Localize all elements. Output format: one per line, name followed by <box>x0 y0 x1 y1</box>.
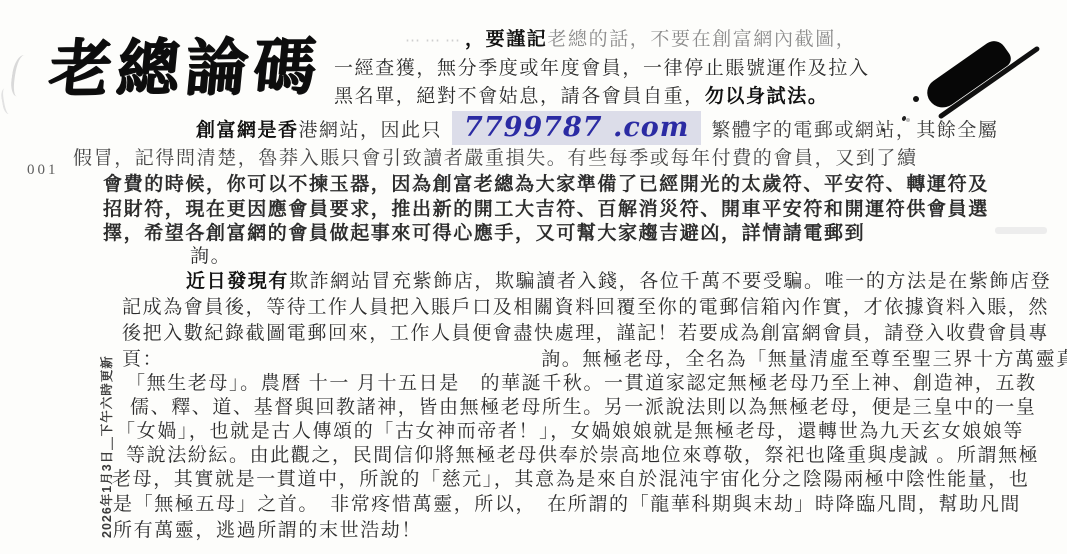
text-segment: 一經查獲，無分季度或年度會員，一律停止賬號運作及拉入 <box>334 58 870 79</box>
text-segment: 等說法紛紜。由此觀之，民間信仰將無極老母供奉於崇高地位來尊敬，祭祀也隆重與虔誠 … <box>126 445 1039 466</box>
text-segment: 後把入數紀錄截圖電郵回來，工作人員便會盡快處理，謹記！若要成為創富網會員，請登入… <box>122 323 1049 344</box>
text-line: 招財符，現在更因應會員要求，推出新的開工大吉符、百解消災符、開車平安符和開運符供… <box>103 194 989 221</box>
text-segment: 勿以身試法。 <box>705 86 829 107</box>
website-notice-lead: 創富網是香 <box>196 115 299 142</box>
text-line: 近日發現有欺詐網站冒充紫飾店，欺騙讀者入錢，各位千萬不要受騙。唯一的方法是在紫飾… <box>186 266 1051 293</box>
text-line: 假冒，記得問清楚，魯莽入賬只會引致讀者嚴重損失。有些每季或每年付費的會員，又到了… <box>73 143 918 170</box>
text-line: 是「無極五母」之首。 非常疼惜萬靈，所以， 在所謂的「龍華科期與末劫」時降臨凡間… <box>113 489 1021 516</box>
text-line: 記成為會員後，等待工作人員把入賬戶口及相關資料回覆至你的電郵信箱內作實，才依據資… <box>122 292 1049 319</box>
text-segment: 假冒，記得問清楚，魯莽入賬只會引致讀者嚴重損失。有些每季或每年付費的會員，又到了… <box>73 148 918 169</box>
text-line: 「女媧」，也就是古人傳頌的「古女神而帝者！」，女媧娘娘就是無極老母，還轉世為九天… <box>116 416 1024 443</box>
text-segment: 會費的時候，你可以不揀玉器，因為創富老總為大家準備了已經開光的太歲符、平安符、轉… <box>103 174 989 195</box>
text-segment: 儒、釋、道、基督與回教諸神，皆由無極老母所生。另一派說法則以為無極老母，便是三皇… <box>130 397 1036 418</box>
text-segment: 「女媧」，也就是古人傳頌的「古女神而帝者！」，女媧娘娘就是無極老母，還轉世為九天… <box>116 421 1024 442</box>
website-notice-row: 創富網是香 港網站，因此只 7799787 .com 繁體字的電郵或網站，其餘全… <box>196 111 998 145</box>
text-line: 會費的時候，你可以不揀玉器，因為創富老總為大家準備了已經開光的太歲符、平安符、轉… <box>103 169 989 196</box>
text-line: 一經查獲，無分季度或年度會員，一律停止賬號運作及拉入 <box>334 53 870 80</box>
scan-smudge <box>906 118 910 122</box>
scanned-newspaper-page: 老總論碼 001 2026年1月3日＿下午六時更新 創富網是香 港網站，因此只 … <box>0 0 1067 554</box>
text-segment: 記成為會員後，等待工作人員把入賬戶口及相關資料回覆至你的電郵信箱內作實，才依據資… <box>122 297 1049 318</box>
text-segment: 招財符，現在更因應會員要求，推出新的開工大吉符、百解消災符、開車平安符和開運符供… <box>103 199 989 220</box>
text-segment: 近日發現有 <box>186 271 289 292</box>
text-segment: 是「無極五母」之首。 非常疼惜萬靈，所以， 在所謂的「龍華科期與末劫」時降臨凡間… <box>113 494 1021 515</box>
text-segment: 「無生老母」。農曆 十一 月十五日是 的華誕千秋。一貫道家認定無極老母乃至上神、… <box>126 373 1037 394</box>
website-url: 7799787 .com <box>452 111 701 145</box>
text-segment: 頁： <box>122 349 163 370</box>
text-segment: 詢。 <box>190 246 231 267</box>
erased-mark <box>995 227 1047 234</box>
text-line: ⋯⋯⋯，要謹記老總的話，不要在創富網內截圖， <box>405 24 856 51</box>
text-line: 等說法紛紜。由此觀之，民間信仰將無極老母供奉於崇高地位來尊敬，祭祀也隆重與虔誠 … <box>126 440 1039 467</box>
text-line: 詢。 <box>190 241 231 268</box>
serial-number: 001 <box>27 162 59 179</box>
text-line: 老母，其實就是一貫道中，所說的「慈元」，其意為是來自於混沌宇宙化分之陰陽兩極中陰… <box>112 464 1030 491</box>
text-line: 「無生老母」。農曆 十一 月十五日是 的華誕千秋。一貫道家認定無極老母乃至上神、… <box>126 368 1037 395</box>
text-segment: ，要謹記 <box>465 29 547 50</box>
text-line: 所有萬靈，逃過所謂的末世浩劫！ <box>113 515 422 542</box>
website-notice-pre: 港網站，因此只 <box>299 115 443 142</box>
text-line: 後把入數紀錄截圖電郵回來，工作人員便會盡快處理，謹記！若要成為創富網會員，請登入… <box>122 318 1049 345</box>
website-notice-post: 繁體字的電郵或網站，其餘全屬 <box>711 115 998 142</box>
text-segment: 詢。無極老母，全名為「無量清虛至尊至聖三界十方萬靈真宰」，又名 <box>541 349 1067 370</box>
text-segment: ⋯⋯⋯ <box>405 32 465 49</box>
text-line: 頁：詢。無極老母，全名為「無量清虛至尊至聖三界十方萬靈真宰」，又名 <box>122 344 1067 371</box>
text-segment: 老總的話，不要在創富網內截圖， <box>547 29 856 50</box>
text-line: 儒、釋、道、基督與回教諸神，皆由無極老母所生。另一派說法則以為無極老母，便是三皇… <box>130 392 1036 419</box>
text-segment: 欺詐網站冒充紫飾店，欺騙讀者入錢，各位千萬不要受騙。唯一的方法是在紫飾店登 <box>289 271 1051 292</box>
text-segment: 老母，其實就是一貫道中，所說的「慈元」，其意為是來自於混沌宇宙化分之陰陽兩極中陰… <box>112 469 1030 490</box>
page-title: 老總論碼 <box>46 17 327 108</box>
scan-smudge <box>9 54 34 98</box>
text-segment: 黑名單，絕對不會姑息，請各會員自重， <box>334 86 705 107</box>
text-segment: 所有萬靈，逃過所謂的末世浩劫！ <box>113 520 422 541</box>
ink-splatter-dot <box>913 96 919 102</box>
text-line: 黑名單，絕對不會姑息，請各會員自重，勿以身試法。 <box>334 81 828 108</box>
